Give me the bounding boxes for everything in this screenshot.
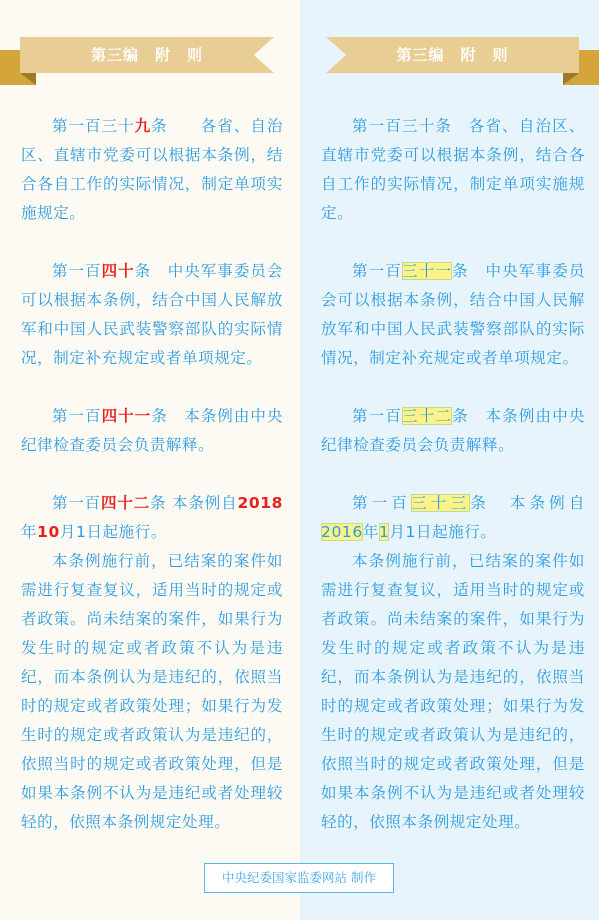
changed-number: 九 xyxy=(135,117,152,135)
article-body: 月1日起施行。 xyxy=(60,523,167,541)
article-label: 第一百 xyxy=(52,262,102,280)
articles-new: 第一百三十九条 各省、自治区、直辖市党委可以根据本条例，结合各自工作的实际情况，… xyxy=(21,112,283,837)
article-140: 第一百四十条 中央军事委员会可以根据本条例，结合中国人民解放军和中国人民武装警察… xyxy=(21,257,283,373)
article-label: 第一百 xyxy=(352,262,402,280)
articles-old: 第一百三十条 各省、自治区、直辖市党委可以根据本条例，结合各自工作的实际情况，制… xyxy=(321,112,585,837)
article-suffix: 条 xyxy=(151,407,168,425)
article-body: 年 xyxy=(363,523,379,541)
article-label: 第一百 xyxy=(352,494,411,512)
new-version-panel: 第三编 附 则 第一百三十九条 各省、自治区、直辖市党委可以根据本条例，结合各自… xyxy=(0,0,300,920)
article-suffix: 条 xyxy=(470,494,490,512)
old-version-panel: 第三编 附 则 第一百三十条 各省、自治区、直辖市党委可以根据本条例，结合各自工… xyxy=(300,0,599,920)
highlighted-number: 三十三 xyxy=(411,494,470,512)
effective-year: 2016 xyxy=(321,523,363,541)
article-body: 本条例自 xyxy=(490,494,585,512)
section-heading: 第三编 附 则 xyxy=(326,37,579,73)
ribbon-fold xyxy=(20,73,36,85)
article-suffix: 条 xyxy=(151,117,168,135)
article-131: 第一百三十一条 中央军事委员会可以根据本条例，结合中国人民解放军和中国人民武装警… xyxy=(321,257,585,373)
effective-month: 1 xyxy=(379,523,389,541)
changed-number: 四十 xyxy=(102,262,135,280)
article-body: 年 xyxy=(21,523,37,541)
article-label: 第一百 xyxy=(352,407,402,425)
changed-number: 四十一 xyxy=(102,407,152,425)
article-130: 第一百三十条 各省、自治区、直辖市党委可以根据本条例，结合各自工作的实际情况，制… xyxy=(321,112,585,228)
article-142: 第一百四十二条 本条例自2018年10月1日起施行。 xyxy=(21,489,283,547)
changed-number: 四十二 xyxy=(101,494,150,512)
article-label: 第一百 xyxy=(52,407,102,425)
credit-badge: 中央纪委国家监委网站 制作 xyxy=(204,863,394,893)
article-suffix: 条 xyxy=(150,494,166,512)
article-suffix: 条 xyxy=(452,262,469,280)
highlighted-number: 三十二 xyxy=(402,407,452,425)
effective-year: 2018 xyxy=(237,494,283,512)
transition-clause: 本条例施行前，已结案的案件如需进行复查复议，适用当时的规定或者政策。尚未结案的案… xyxy=(321,547,585,837)
ribbon-fold xyxy=(563,73,579,85)
article-suffix: 条 xyxy=(135,262,152,280)
effective-month: 10 xyxy=(37,523,60,541)
article-label: 第一百三十条 xyxy=(352,117,452,135)
section-heading: 第三编 附 则 xyxy=(20,37,274,73)
article-141: 第一百四十一条 本条例由中央纪律检查委员会负责解释。 xyxy=(21,402,283,460)
article-139: 第一百三十九条 各省、自治区、直辖市党委可以根据本条例，结合各自工作的实际情况，… xyxy=(21,112,283,228)
article-133: 第一百三十三条 本条例自2016年1月1日起施行。 xyxy=(321,489,585,547)
transition-clause: 本条例施行前，已结案的案件如需进行复查复议，适用当时的规定或者政策。尚未结案的案… xyxy=(21,547,283,837)
article-body: 月1日起施行。 xyxy=(389,523,496,541)
article-132: 第一百三十二条 本条例由中央纪律检查委员会负责解释。 xyxy=(321,402,585,460)
article-label: 第一百 xyxy=(52,494,101,512)
article-label: 第一百三十 xyxy=(52,117,135,135)
article-body: 本条例自 xyxy=(166,494,237,512)
article-suffix: 条 xyxy=(452,407,469,425)
highlighted-number: 三十一 xyxy=(402,262,452,280)
